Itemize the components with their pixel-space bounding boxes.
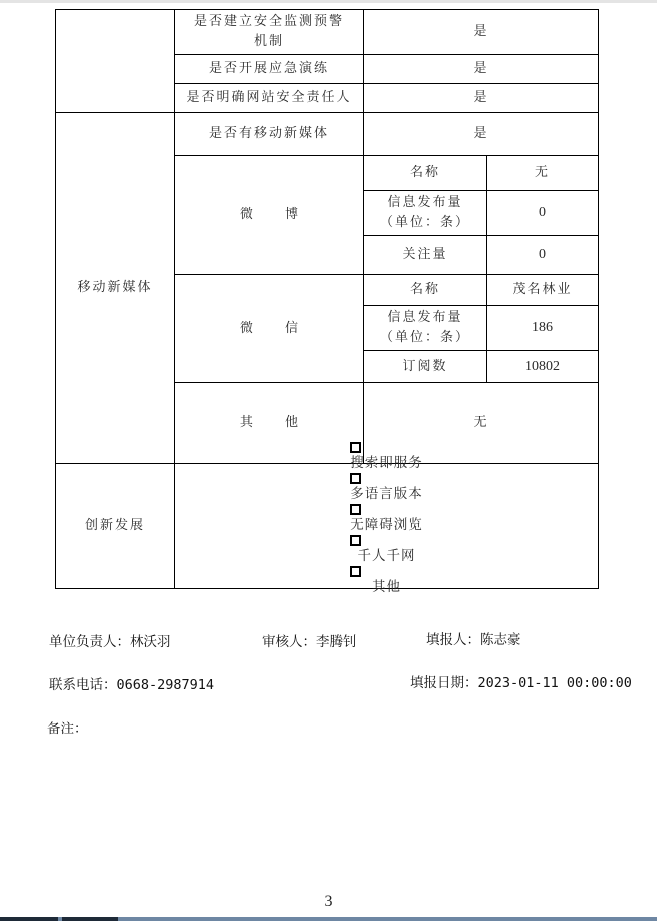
label-line: 信息发布量 <box>380 308 470 328</box>
option-label: 无障碍浏览 <box>350 515 423 535</box>
top-edge <box>0 0 657 3</box>
innovation-options: 搜索即服务多语言版本无障碍浏览千人千网其他 <box>174 463 599 589</box>
checkbox-icon[interactable] <box>350 566 361 577</box>
has-mobile-media-value: 是 <box>363 112 599 156</box>
label-line: （单位：条） <box>380 328 470 348</box>
checkbox-icon[interactable] <box>350 442 361 453</box>
weibo-name-value: 无 <box>486 155 599 191</box>
security-owner-label: 是否明确网站安全责任人 <box>174 83 364 113</box>
weibo-followers-label: 关注量 <box>363 235 487 275</box>
bottom-taskbar-strip <box>0 917 657 921</box>
weibo-followers-value: 0 <box>486 235 599 275</box>
wechat-posts-label: 信息发布量 （单位：条） <box>363 305 487 351</box>
checkbox-icon[interactable] <box>350 473 361 484</box>
remarks: 备注： <box>47 717 88 737</box>
checkbox-icon[interactable] <box>350 504 361 515</box>
weibo-posts-value: 0 <box>486 190 599 236</box>
weibo-name-label: 名称 <box>363 155 487 191</box>
wechat-name-label: 名称 <box>363 274 487 306</box>
label-line: 信息发布量 <box>380 193 470 213</box>
security-monitoring-label: 是否建立安全监测预警 机制 <box>174 9 364 55</box>
label-line: 机制 <box>194 32 344 52</box>
emergency-drill-label: 是否开展应急演练 <box>174 54 364 84</box>
security-category-cell <box>55 9 175 113</box>
emergency-drill-value: 是 <box>363 54 599 84</box>
checkbox-icon[interactable] <box>350 535 361 546</box>
wechat-name-value: 茂名林业 <box>486 274 599 306</box>
innovation-category: 创新发展 <box>55 463 175 589</box>
option-search-service[interactable]: 搜索即服务 <box>350 442 423 473</box>
strip-segment <box>0 917 58 921</box>
security-monitoring-value: 是 <box>363 9 599 55</box>
option-label: 千人千网 <box>350 546 423 566</box>
wechat-label: 微 信 <box>174 274 364 383</box>
weibo-label: 微 博 <box>174 155 364 275</box>
strip-segment <box>62 917 118 921</box>
fill-date: 填报日期：2023-01-11 00:00:00 <box>410 671 632 691</box>
mobile-media-category: 移动新媒体 <box>55 112 175 464</box>
filler: 填报人：陈志豪 <box>426 628 521 648</box>
label-line: （单位：条） <box>380 213 470 233</box>
label-line: 是否建立安全监测预警 <box>194 12 344 32</box>
contact-phone: 联系电话：0668-2987914 <box>49 673 214 693</box>
weibo-posts-label: 信息发布量 （单位：条） <box>363 190 487 236</box>
option-accessibility[interactable]: 无障碍浏览 <box>350 504 423 535</box>
wechat-posts-value: 186 <box>486 305 599 351</box>
has-mobile-media-label: 是否有移动新媒体 <box>174 112 364 156</box>
option-other[interactable]: 其他 <box>350 566 423 597</box>
page-number: 3 <box>0 893 657 911</box>
other-media-label: 其 他 <box>174 382 364 464</box>
wechat-subscribers-value: 10802 <box>486 350 599 383</box>
option-label: 其他 <box>350 577 423 597</box>
option-label: 多语言版本 <box>350 484 423 504</box>
option-multilingual[interactable]: 多语言版本 <box>350 473 423 504</box>
option-personalized[interactable]: 千人千网 <box>350 535 423 566</box>
option-label: 搜索即服务 <box>350 453 423 473</box>
reviewer: 审核人：李腾钊 <box>262 630 357 650</box>
unit-head: 单位负责人：林沃羽 <box>49 630 171 650</box>
security-owner-value: 是 <box>363 83 599 113</box>
wechat-subscribers-label: 订阅数 <box>363 350 487 383</box>
